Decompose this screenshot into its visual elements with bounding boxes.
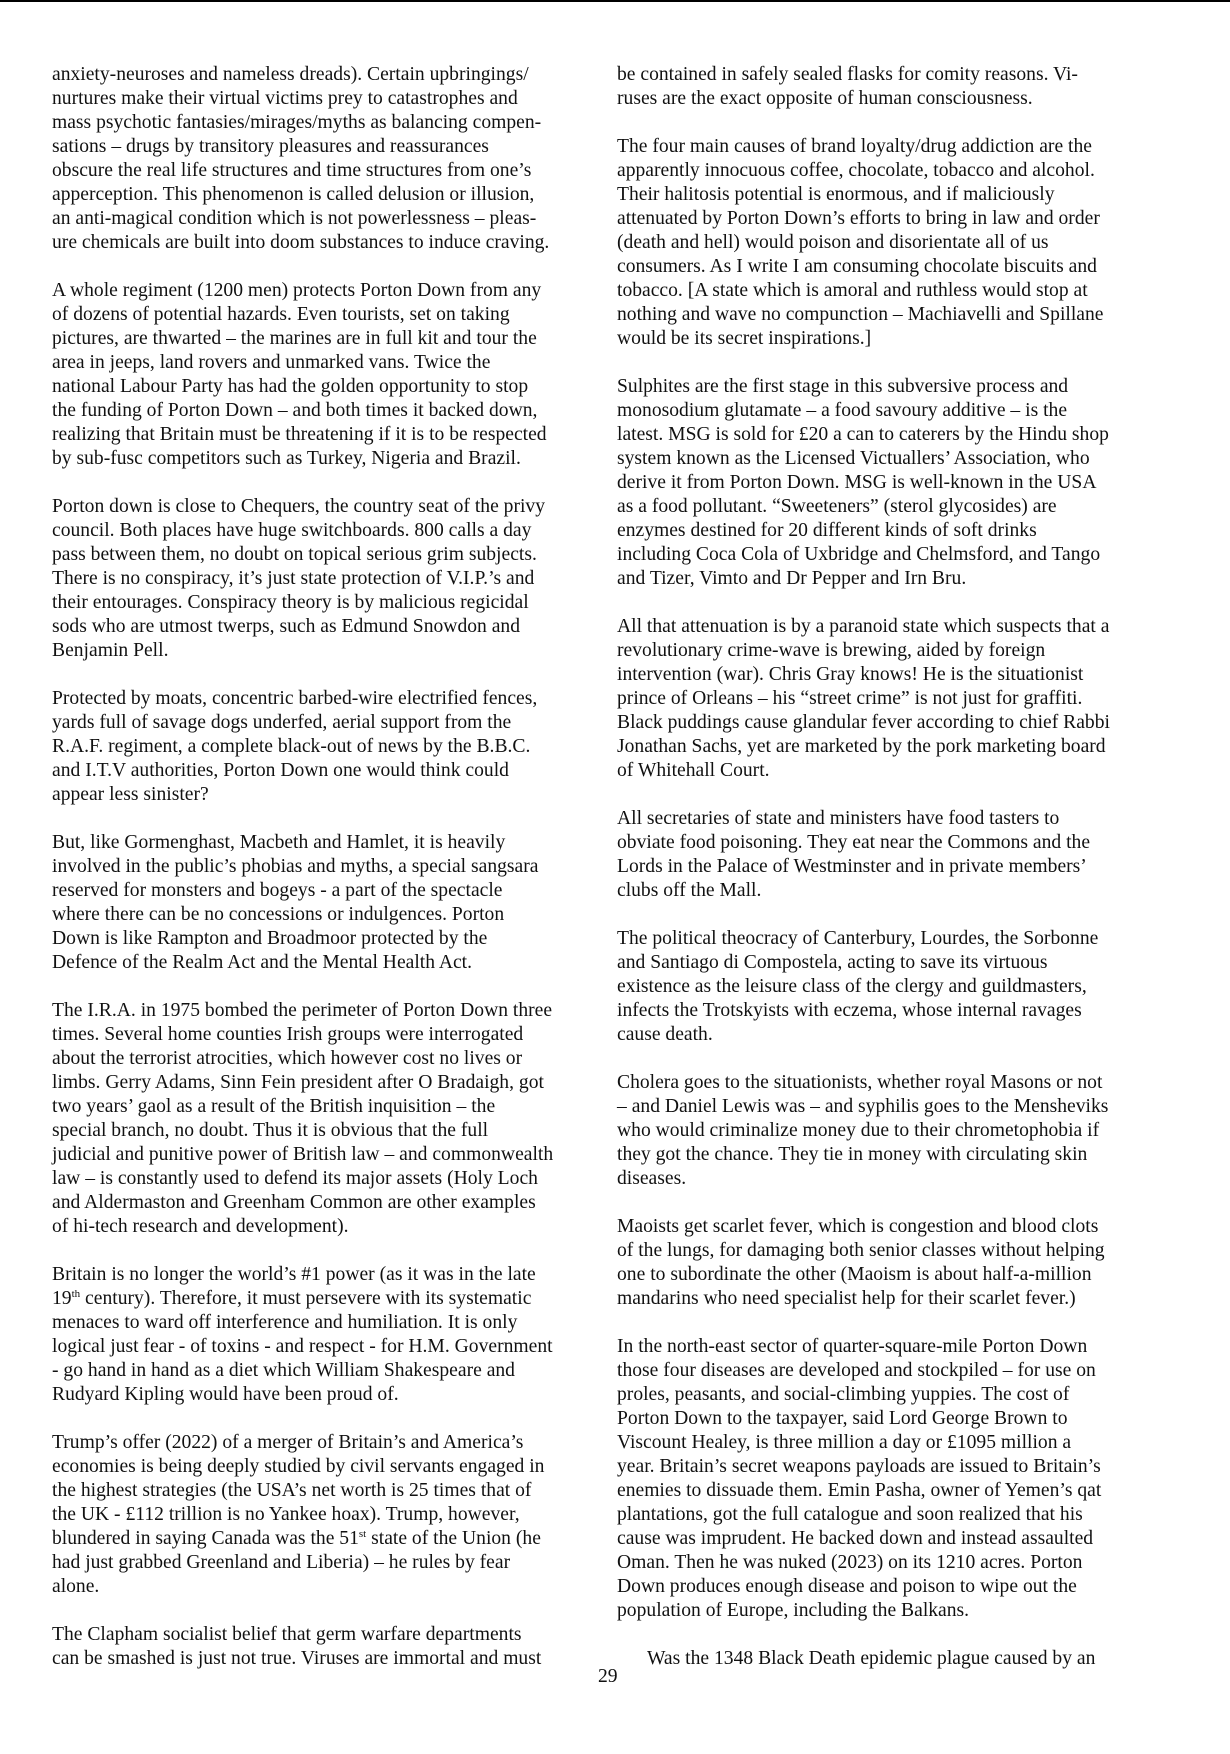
text-line: national Labour Party has had the golden…: [52, 375, 612, 399]
text-line: the funding of Porton Down – and both ti…: [52, 399, 612, 423]
text-line: Cholera goes to the situationists, wheth…: [617, 1071, 1177, 1095]
text-line: judicial and punitive power of British l…: [52, 1143, 612, 1167]
text-line: existence as the leisure class of the cl…: [617, 975, 1177, 999]
text-line: an anti-magical condition which is not p…: [52, 207, 612, 231]
text-line: involved in the public’s phobias and myt…: [52, 855, 612, 879]
text-line: of the lungs, for damaging both senior c…: [617, 1239, 1177, 1263]
text-line: Britain is no longer the world’s #1 powe…: [52, 1263, 612, 1287]
text-line: where there can be no concessions or ind…: [52, 903, 612, 927]
text-line: – and Daniel Lewis was – and syphilis go…: [617, 1095, 1177, 1119]
paragraph: Maoists get scarlet fever, which is cong…: [617, 1215, 1177, 1311]
text-line: intervention (war). Chris Gray knows! He…: [617, 663, 1177, 687]
text-line: blundered in saying Canada was the 51st …: [52, 1527, 612, 1551]
text-line: R.A.F. regiment, a complete black-out of…: [52, 735, 612, 759]
text-line: sations – drugs by transitory pleasures …: [52, 135, 612, 159]
text-line: one to subordinate the other (Maoism is …: [617, 1263, 1177, 1287]
paragraph: The political theocracy of Canterbury, L…: [617, 927, 1177, 1047]
paragraph: All that attenuation is by a paranoid st…: [617, 615, 1177, 783]
text-line: consumers. As I write I am consuming cho…: [617, 255, 1177, 279]
text-line: Rudyard Kipling would have been proud of…: [52, 1383, 612, 1407]
text-line: revolutionary crime-wave is brewing, aid…: [617, 639, 1177, 663]
text-line: The four main causes of brand loyalty/dr…: [617, 135, 1177, 159]
text-line: cause was imprudent. He backed down and …: [617, 1527, 1177, 1551]
text-line: economies is being deeply studied by civ…: [52, 1455, 612, 1479]
text-line: clubs off the Mall.: [617, 879, 1177, 903]
text-line: pictures, are thwarted – the marines are…: [52, 327, 612, 351]
text-line: those four diseases are developed and st…: [617, 1359, 1177, 1383]
text-line: mandarins who need specialist help for t…: [617, 1287, 1177, 1311]
text-line: nothing and wave no compunction – Machia…: [617, 303, 1177, 327]
text-line: the UK - £112 trillion is no Yankee hoax…: [52, 1503, 612, 1527]
text-line: realizing that Britain must be threateni…: [52, 423, 612, 447]
text-line: the highest strategies (the USA’s net wo…: [52, 1479, 612, 1503]
text-line: appear less sinister?: [52, 783, 612, 807]
text-segment: blundered in saying Canada was the 51: [52, 1528, 359, 1549]
paragraph: anxiety-neuroses and nameless dreads). C…: [52, 63, 612, 255]
text-line: plantations, got the full catalogue and …: [617, 1503, 1177, 1527]
text-line: proles, peasants, and social-climbing yu…: [617, 1383, 1177, 1407]
text-line: Viscount Healey, is three million a day …: [617, 1431, 1177, 1455]
text-line: had just grabbed Greenland and Liberia) …: [52, 1551, 612, 1575]
paragraph: be contained in safely sealed flasks for…: [617, 63, 1177, 111]
text-line: system known as the Licensed Victuallers…: [617, 447, 1177, 471]
text-line: Maoists get scarlet fever, which is cong…: [617, 1215, 1177, 1239]
text-segment: state of the Union (he: [366, 1528, 541, 1549]
text-line: reserved for monsters and bogeys - a par…: [52, 879, 612, 903]
text-line: by sub-fusc competitors such as Turkey, …: [52, 447, 612, 471]
right-column: be contained in safely sealed flasks for…: [617, 63, 1177, 1695]
paragraph: In the north-east sector of quarter-squa…: [617, 1335, 1177, 1623]
paragraph: All secretaries of state and ministers h…: [617, 807, 1177, 903]
text-line: apparently innocuous coffee, chocolate, …: [617, 159, 1177, 183]
text-line: of Whitehall Court.: [617, 759, 1177, 783]
text-line: The political theocracy of Canterbury, L…: [617, 927, 1177, 951]
text-line: latest. MSG is sold for £20 a can to cat…: [617, 423, 1177, 447]
text-line: attenuated by Porton Down’s efforts to b…: [617, 207, 1177, 231]
text-line: tobacco. [A state which is amoral and ru…: [617, 279, 1177, 303]
paragraph: Protected by moats, concentric barbed-wi…: [52, 687, 612, 807]
text-line: anxiety-neuroses and nameless dreads). C…: [52, 63, 612, 87]
paragraph: But, like Gormenghast, Macbeth and Hamle…: [52, 831, 612, 975]
paragraph: Britain is no longer the world’s #1 powe…: [52, 1263, 612, 1407]
text-line: and Tizer, Vimto and Dr Pepper and Irn B…: [617, 567, 1177, 591]
text-line: Their halitosis potential is enormous, a…: [617, 183, 1177, 207]
text-line: and Santiago di Compostela, acting to sa…: [617, 951, 1177, 975]
text-line: menaces to ward off interference and hum…: [52, 1311, 612, 1335]
text-line: apperception. This phenomenon is called …: [52, 183, 612, 207]
text-line: Down is like Rampton and Broadmoor prote…: [52, 927, 612, 951]
text-line: In the north-east sector of quarter-squa…: [617, 1335, 1177, 1359]
text-line: of hi-tech research and development).: [52, 1215, 612, 1239]
text-line: Oman. Then he was nuked (2023) on its 12…: [617, 1551, 1177, 1575]
page-number: 29: [598, 1665, 618, 1689]
paragraph: Trump’s offer (2022) of a merger of Brit…: [52, 1431, 612, 1599]
left-column: anxiety-neuroses and nameless dreads). C…: [52, 63, 612, 1695]
text-line: Jonathan Sachs, yet are marketed by the …: [617, 735, 1177, 759]
text-line: cause death.: [617, 1023, 1177, 1047]
text-line: - go hand in hand as a diet which Willia…: [52, 1359, 612, 1383]
text-line: they got the chance. They tie in money w…: [617, 1143, 1177, 1167]
text-line: All that attenuation is by a paranoid st…: [617, 615, 1177, 639]
text-line: and Aldermaston and Greenham Common are …: [52, 1191, 612, 1215]
text-line: Down produces enough disease and poison …: [617, 1575, 1177, 1599]
paragraph: Porton down is close to Chequers, the co…: [52, 495, 612, 663]
paragraph: A whole regiment (1200 men) protects Por…: [52, 279, 612, 471]
text-line: times. Several home counties Irish group…: [52, 1023, 612, 1047]
text-line: A whole regiment (1200 men) protects Por…: [52, 279, 612, 303]
text-line: Defence of the Realm Act and the Mental …: [52, 951, 612, 975]
text-line: There is no conspiracy, it’s just state …: [52, 567, 612, 591]
top-border-rule: [0, 0, 1230, 2]
paragraph: Was the 1348 Black Death epidemic plague…: [617, 1647, 1177, 1671]
text-line: of dozens of potential hazards. Even tou…: [52, 303, 612, 327]
text-line: logical just fear - of toxins - and resp…: [52, 1335, 612, 1359]
text-line: Was the 1348 Black Death epidemic plague…: [647, 1647, 1177, 1671]
text-line: But, like Gormenghast, Macbeth and Hamle…: [52, 831, 612, 855]
text-line: derive it from Porton Down. MSG is well-…: [617, 471, 1177, 495]
text-line: law – is constantly used to defend its m…: [52, 1167, 612, 1191]
text-line: Trump’s offer (2022) of a merger of Brit…: [52, 1431, 612, 1455]
ordinal-superscript: th: [72, 1288, 81, 1300]
text-line: The Clapham socialist belief that germ w…: [52, 1623, 612, 1647]
text-line: population of Europe, including the Balk…: [617, 1599, 1177, 1623]
text-line: be contained in safely sealed flasks for…: [617, 63, 1177, 87]
text-line: would be its secret inspirations.]: [617, 327, 1177, 351]
text-line: nurtures make their virtual victims prey…: [52, 87, 612, 111]
text-line: as a food pollutant. “Sweeteners” (stero…: [617, 495, 1177, 519]
text-line: sods who are utmost twerps, such as Edmu…: [52, 615, 612, 639]
text-line: Black puddings cause glandular fever acc…: [617, 711, 1177, 735]
paragraph: Cholera goes to the situationists, wheth…: [617, 1071, 1177, 1191]
text-line: who would criminalize money due to their…: [617, 1119, 1177, 1143]
paragraph: The four main causes of brand loyalty/dr…: [617, 135, 1177, 351]
text-line: Lords in the Palace of Westminster and i…: [617, 855, 1177, 879]
text-line: special branch, no doubt. Thus it is obv…: [52, 1119, 612, 1143]
paragraph: The I.R.A. in 1975 bombed the perimeter …: [52, 999, 612, 1239]
text-line: including Coca Cola of Uxbridge and Chel…: [617, 543, 1177, 567]
text-line: Sulphites are the first stage in this su…: [617, 375, 1177, 399]
text-line: yards full of savage dogs underfed, aeri…: [52, 711, 612, 735]
paragraph: The Clapham socialist belief that germ w…: [52, 1623, 612, 1671]
text-line: their entourages. Conspiracy theory is b…: [52, 591, 612, 615]
paragraph: Sulphites are the first stage in this su…: [617, 375, 1177, 591]
text-line: mass psychotic fantasies/mirages/myths a…: [52, 111, 612, 135]
text-line: council. Both places have huge switchboa…: [52, 519, 612, 543]
text-line: two years’ gaol as a result of the Briti…: [52, 1095, 612, 1119]
text-line: limbs. Gerry Adams, Sinn Fein president …: [52, 1071, 612, 1095]
text-line: alone.: [52, 1575, 612, 1599]
text-line: Protected by moats, concentric barbed-wi…: [52, 687, 612, 711]
text-line: Benjamin Pell.: [52, 639, 612, 663]
text-line: enemies to dissuade them. Emin Pasha, ow…: [617, 1479, 1177, 1503]
text-line: and I.T.V authorities, Porton Down one w…: [52, 759, 612, 783]
text-line: The I.R.A. in 1975 bombed the perimeter …: [52, 999, 612, 1023]
text-line: diseases.: [617, 1167, 1177, 1191]
text-line: enzymes destined for 20 different kinds …: [617, 519, 1177, 543]
text-line: infects the Trotskyists with eczema, who…: [617, 999, 1177, 1023]
text-line: prince of Orleans – his “street crime” i…: [617, 687, 1177, 711]
text-line: year. Britain’s secret weapons payloads …: [617, 1455, 1177, 1479]
text-line: Porton down is close to Chequers, the co…: [52, 495, 612, 519]
text-line: obviate food poisoning. They eat near th…: [617, 831, 1177, 855]
text-line: 19th century). Therefore, it must persev…: [52, 1287, 612, 1311]
text-line: obscure the real life structures and tim…: [52, 159, 612, 183]
text-line: Porton Down to the taxpayer, said Lord G…: [617, 1407, 1177, 1431]
text-line: monosodium glutamate – a food savoury ad…: [617, 399, 1177, 423]
text-segment: 19: [52, 1288, 72, 1309]
text-line: area in jeeps, land rovers and unmarked …: [52, 351, 612, 375]
text-line: pass between them, no doubt on topical s…: [52, 543, 612, 567]
text-segment: century). Therefore, it must persevere w…: [80, 1288, 531, 1309]
text-line: All secretaries of state and ministers h…: [617, 807, 1177, 831]
text-line: (death and hell) would poison and disori…: [617, 231, 1177, 255]
text-line: ure chemicals are built into doom substa…: [52, 231, 612, 255]
text-line: about the terrorist atrocities, which ho…: [52, 1047, 612, 1071]
text-line: ruses are the exact opposite of human co…: [617, 87, 1177, 111]
text-line: can be smashed is just not true. Viruses…: [52, 1647, 612, 1671]
